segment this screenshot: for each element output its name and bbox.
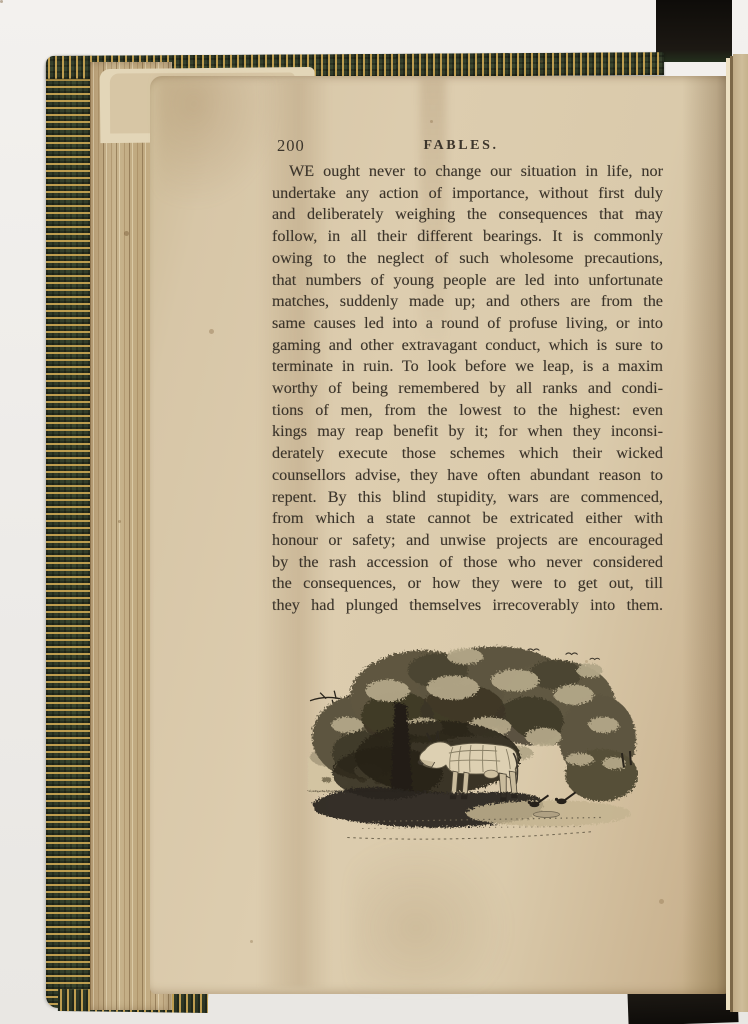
opposite-page-edge xyxy=(733,54,748,1012)
paragraph-line: same causes led into a round of profuse … xyxy=(272,313,663,335)
paragraph-line: and deliberately weighing the consequenc… xyxy=(272,204,663,226)
paragraph-line: derately execute those schemes which the… xyxy=(272,443,663,465)
water-stain xyxy=(158,78,278,208)
paragraph-line: repent. By this blind stupidity, wars ar… xyxy=(272,487,663,509)
foxing-spots xyxy=(0,0,3,3)
paragraph-line: terminate in ruin. To look before we lea… xyxy=(272,356,663,378)
paragraph-line: they had plunged themselves irrecoverabl… xyxy=(272,595,663,617)
paragraph-line: honour or safety; and unwise projects ar… xyxy=(272,530,663,552)
paragraph-line: matches, suddenly made up; and others ar… xyxy=(272,291,663,313)
paragraph-line: WE ought never to change our situation i… xyxy=(272,161,663,183)
paragraph-line: by the rash accession of those who never… xyxy=(272,552,663,574)
paragraph-line: worthy of being remembered by all ranks … xyxy=(272,378,663,400)
paragraph-line: follow, in all their different bearings.… xyxy=(272,226,663,248)
paragraph-line: gaming and other extravagant conduct, wh… xyxy=(272,335,663,357)
pool xyxy=(533,811,559,817)
body-paragraph: WE ought never to change our situation i… xyxy=(272,161,663,617)
paragraph-line: tions of men, from the lowest to the hig… xyxy=(272,400,663,422)
paragraph-line: owing to the neglect of such wholesome p… xyxy=(272,248,663,270)
paragraph-line: counsellors advise, they have often abun… xyxy=(272,465,663,487)
photographed-book-scene: 200 FABLES. WE ought never to change our… xyxy=(0,0,748,1024)
paragraph-line: that numbers of young people are led int… xyxy=(272,270,663,292)
water-stain xyxy=(352,838,512,988)
book-cover-corner-top-right xyxy=(656,0,732,62)
paragraph-line: kings may reap benefit by it; for when t… xyxy=(272,421,663,443)
running-header: FABLES. xyxy=(272,138,650,154)
paragraph-line: the consequences, or how they were to ge… xyxy=(272,573,663,595)
paragraph-line: from which a state cannot be extricated … xyxy=(272,508,663,530)
paragraph-line: undertake any action of importance, with… xyxy=(272,183,663,205)
engraving-cow-illustration xyxy=(302,640,638,850)
book-cover-left-edge xyxy=(46,56,94,1008)
